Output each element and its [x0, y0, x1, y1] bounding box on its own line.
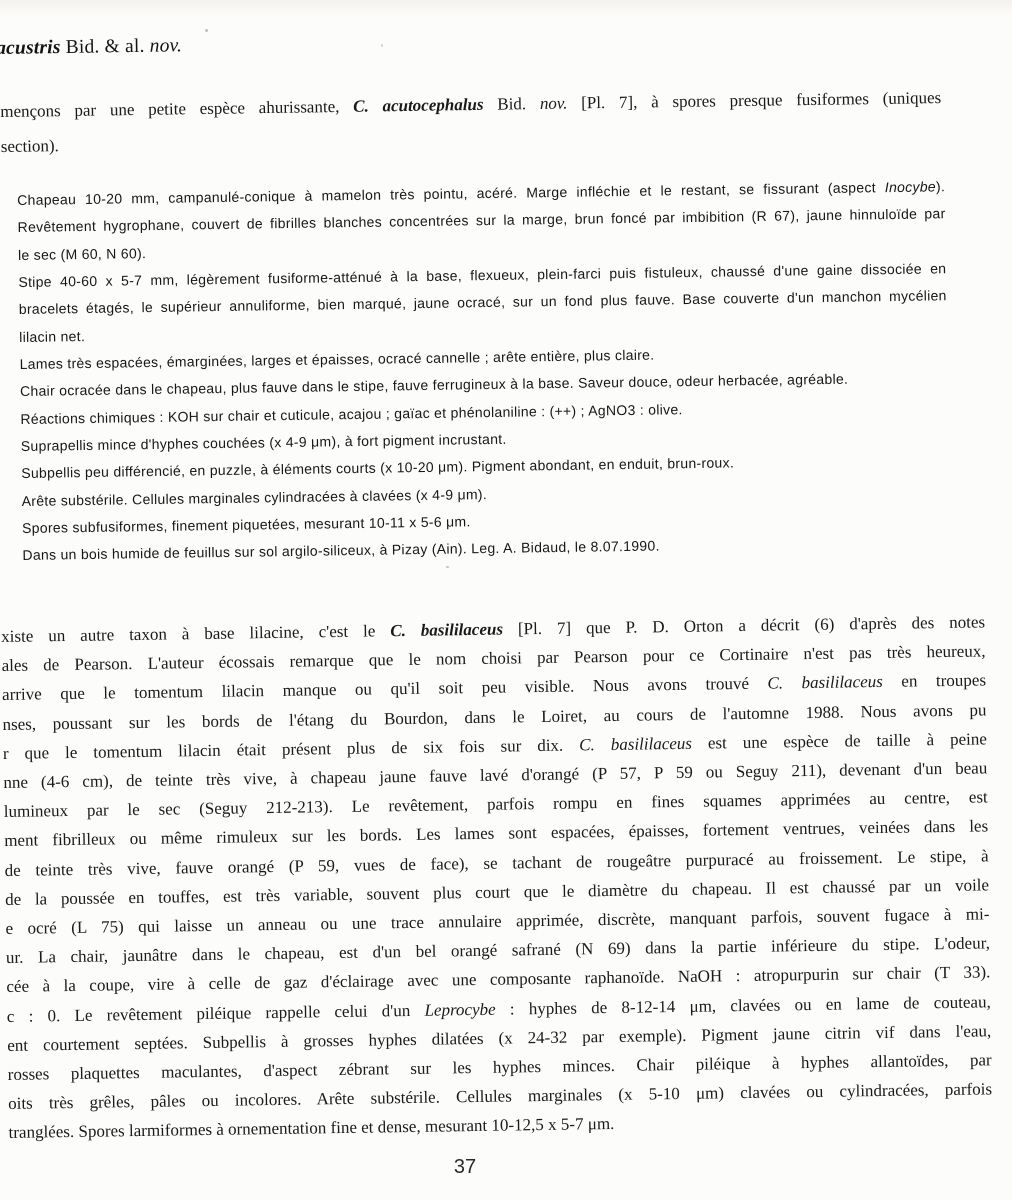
text-segment: acustris [0, 37, 61, 59]
text-segment: mençons par une petite espèce ahurissant… [0, 97, 353, 121]
text-segment: : hyphes de 8-12-14 μm, clavées ou en la… [495, 992, 990, 1018]
text-segment: Arête substérile. Cellules marginales cy… [22, 486, 488, 509]
text-line: acustris Bid. & al. nov. [0, 35, 182, 60]
text-segment: Spores subfusiformes, finement piquetées… [22, 513, 471, 536]
text-segment: ). [936, 178, 945, 194]
text-segment: c : 0. Le revêtement piléique rappelle c… [7, 1000, 425, 1025]
text-segment: Subpellis peu différencié, en puzzle, à … [21, 455, 734, 482]
scanned-page: acustris Bid. & al. nov. mençons par une… [0, 0, 1012, 1200]
scan-speck [446, 566, 449, 568]
text-segment: [Pl. 7] que P. D. Orton a décrit (6) d'a… [503, 612, 985, 638]
text-segment: C. basililaceus [390, 620, 503, 641]
text-segment: Réactions chimiques : KOH sur chair et c… [20, 401, 682, 427]
text-segment: Dans un bois humide de feuillus sur sol … [22, 538, 659, 563]
species-description-block: Chapeau 10-20 mm, campanulé-conique à ma… [17, 173, 951, 570]
scan-speck [381, 44, 383, 47]
text-segment: Suprapellis mince d'hyphes couchées (x 4… [21, 431, 507, 454]
page-number: 37 [0, 1156, 930, 1179]
text-segment: nov. [150, 35, 183, 56]
text-segment: C. acutocephalus [353, 95, 484, 116]
text-segment: C. basililaceus [579, 734, 692, 755]
text-segment: lilacin net. [19, 328, 85, 345]
running-head-lacustris: acustris Bid. & al. nov. [0, 35, 182, 60]
text-segment: le sec (M 60, N 60). [18, 245, 146, 263]
text-segment: est une espèce de taille à peine [692, 729, 987, 752]
text-segment: Leprocybe [424, 999, 495, 1019]
text-segment: r que le tomentum lilacin était présent … [3, 735, 580, 763]
text-segment: Bid. & al. [60, 36, 149, 58]
scan-speck [205, 29, 208, 32]
text-segment: Lames très espacées, émarginées, larges … [20, 347, 655, 372]
text-segment: section). [1, 136, 59, 156]
text-segment: en troupes [883, 671, 986, 692]
text-segment: xiste un autre taxon à base lilacine, c'… [1, 621, 390, 646]
text-segment: Inocybe [885, 178, 936, 195]
basililaceus-paragraph: xiste un autre taxon à base lilacine, c'… [1, 607, 993, 1147]
text-segment: C. basililaceus [767, 672, 883, 693]
intro-paragraph-acutocephalus: mençons par une petite espèce ahurissant… [0, 80, 942, 164]
text-segment: tranglées. Spores larmiformes à ornement… [8, 1114, 614, 1142]
text-segment: nov. [540, 94, 568, 113]
text-segment: [Pl. 7], à spores presque fusiformes (un… [567, 88, 941, 113]
text-segment: Bid. [483, 94, 540, 114]
